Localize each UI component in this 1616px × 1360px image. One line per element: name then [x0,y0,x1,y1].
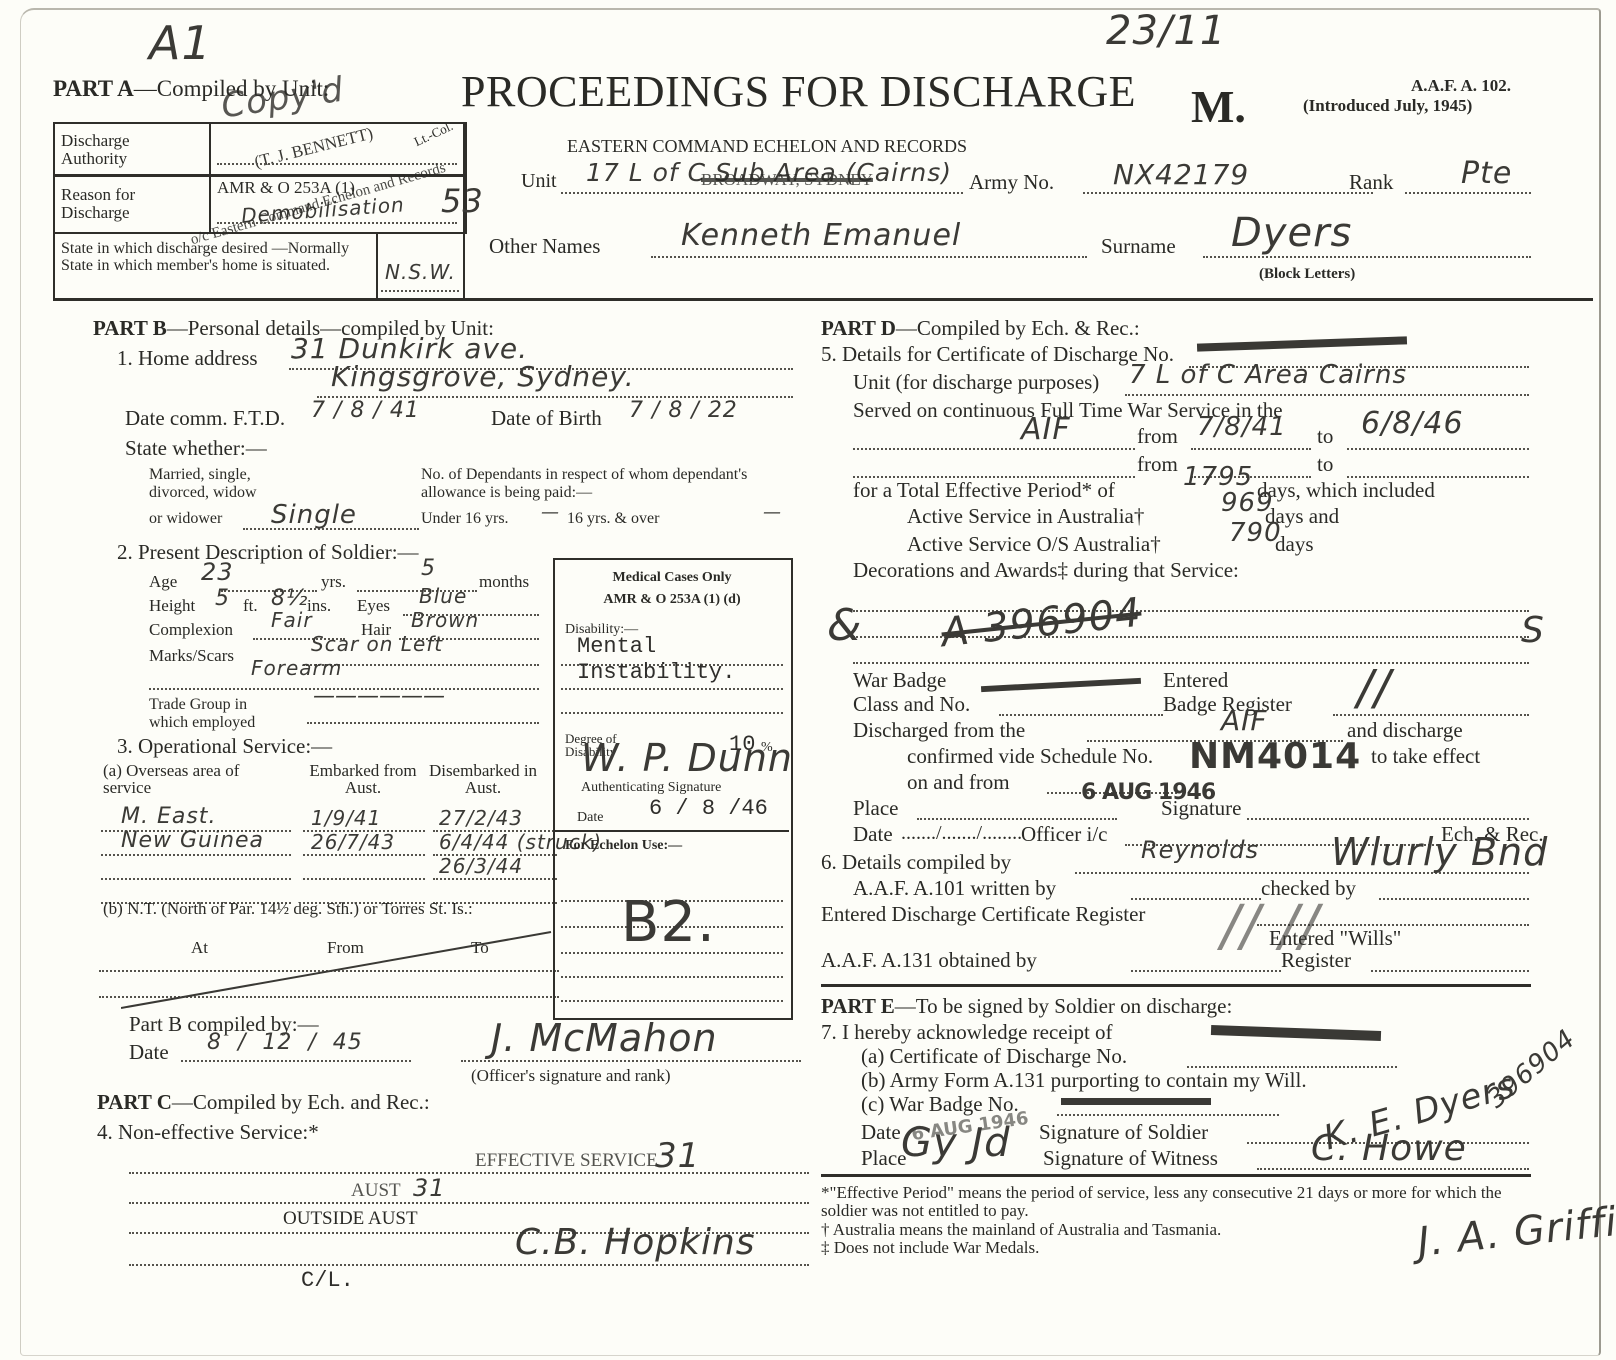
entered-ticks: // // [1221,894,1319,959]
form-title-suffix: M. [1191,80,1246,133]
divider [209,122,211,234]
dob-day: 7 [629,398,644,423]
rank-value: Pte [1461,156,1512,191]
trade-label-1: Trade Group in [149,696,247,713]
overseas-area: New Guinea [121,828,264,853]
rank-line [1405,192,1531,194]
dob-value: 7 / 8 / 22 [629,398,738,423]
embarked-line [303,878,425,880]
disembarked-date: 26/3/44 [439,854,523,878]
os-days: 790 [1229,518,1282,548]
d-date-value: ......./......./........ [901,822,1022,845]
compiled-month: 12 [262,1030,292,1055]
under16-label: Under 16 yrs. [421,510,509,528]
medical-date: 6 / 8 /46 [649,796,768,821]
surname-line [1203,256,1531,258]
compiled-date-label: Date [129,1040,169,1065]
service-to-label-2: to [1317,452,1333,477]
echelon-value: B2. [621,890,716,955]
war-badge-line [999,714,1163,716]
complexion-value: Fair [271,608,313,632]
dob-label: Date of Birth [491,406,602,431]
marks-value-2: Forearm [251,656,342,680]
overseas-header: (a) Overseas area of service [103,762,283,796]
authority-line [217,163,457,165]
reason-number: 53 [441,182,484,220]
compiled-date-line [181,1060,411,1062]
part-e-heading: PART E—To be signed by Soldier on discha… [821,994,1232,1019]
discharged-label: Discharged from the [853,718,1025,743]
form-page: A1 Copy'd 23/11 PART A—Compiled by Unit:… [20,8,1601,1356]
nt-label-text: (b) N.T. (North of Par. 14½ deg. Sth.) o… [103,899,473,918]
decorations-label: Decorations and Awards‡ during that Serv… [853,558,1239,583]
e-place-label: Place [861,1146,906,1171]
schedule-no: NM4014 [1189,736,1361,777]
compiled-date: 8 / 12 / 45 [207,1030,363,1055]
part-b-label: PART B [93,316,167,340]
part-e-bottom-rule [821,1174,1531,1177]
dob-year: 22 [708,398,738,423]
form-code: A.A.F. A. 102. [1371,76,1551,96]
compiled-year: 45 [333,1030,363,1055]
marks-label: Marks/Scars [149,646,234,666]
disability-value-2: Instability. [577,660,735,685]
footnote-medals: ‡ Does not include War Medals. [821,1238,1039,1258]
service-from-label-2: from [1137,452,1178,477]
discharged-value: AIF [1221,704,1268,737]
divider [53,232,55,300]
on-and-from-label: on and from [907,770,1010,795]
footnote-effective: *"Effective Period" means the period of … [821,1184,1531,1220]
divider [53,232,465,234]
age-months: 5 [421,556,436,581]
entered-cert-label: Entered Discharge Certificate Register [821,902,1145,927]
date-comm-label: Date comm. F.T.D. [125,406,285,431]
non-effective-line-1 [129,1172,809,1174]
disability-line-2 [561,688,783,690]
reason-line [217,222,457,224]
disembarked-line [433,878,557,880]
date-comm-day: 7 [311,398,326,423]
embarked-line [303,854,425,856]
area-line [101,878,291,880]
compiled-day: 8 [207,1030,222,1055]
trade-label: Trade Group inwhich employed [149,696,255,732]
footnote-australia: † Australia means the mainland of Austra… [821,1220,1221,1240]
checked-line [1379,898,1529,900]
address-value-2: Kingsgrove, Sydney. [331,360,635,393]
unit-stamp-struck: BROADWAY, SYDNEY [701,170,873,190]
stamp-effective: EFFECTIVE SERVICE [475,1150,658,1172]
state-value: N.S.W. [385,260,456,284]
surname-value: Dyers [1231,210,1352,256]
aus-label: Active Service in Australia† [907,504,1144,529]
decorations-line-3 [853,662,1529,664]
part-c-heading: PART C—Compiled by Ech. and Rec.: [97,1090,430,1115]
medical-reference: AMR & O 253A (1) (d) [553,592,791,608]
aaf131-line [1131,970,1281,972]
disembarked-date: 27/2/43 [439,806,523,830]
part-c-signature: C.B. Hopkins [515,1222,756,1263]
part-c-subtitle: —Compiled by Ech. and Rec.: [172,1090,430,1114]
unit-discharge-label: Unit (for discharge purposes) [853,370,1099,395]
item-c-line [1057,1114,1279,1116]
medical-month: 8 [702,796,715,821]
embarked-date: 1/9/41 [311,806,381,830]
form-title: PROCEEDINGS FOR DISCHARGE [461,66,1136,117]
command-stamp: EASTERN COMMAND ECHELON AND RECORDS [567,136,967,157]
part-a-bottom-rule [53,298,1593,301]
witness-signature: C. Howe [1311,1128,1467,1169]
echelon-line [561,976,783,978]
item-c-struck [1061,1098,1211,1105]
nt-strikethrough [121,930,561,1010]
other-names-value: Kenneth Emanuel [681,218,961,253]
reason-label: Reason forDischarge [61,186,135,222]
complexion-label: Complexion [149,620,233,640]
army-no-label: Army No. [969,170,1054,195]
form-introduced: (Introduced July, 1945) [1303,96,1472,116]
war-badge-struck [981,678,1141,692]
army-no-line [1083,192,1373,194]
item-a-label: (a) Certificate of Discharge No. [861,1044,1127,1069]
embarked-date: 26/7/43 [311,830,395,854]
e-place-value: Gy Jd [901,1120,1011,1166]
stamp-outside-aust: OUTSIDE AUST [283,1208,418,1230]
unit-discharge-value: 7 L of C Area Cairns [1129,360,1407,390]
date-comm-value: 7 / 8 / 41 [311,398,420,423]
dob-month: 8 [668,398,683,423]
d-date-label: Date [853,822,893,847]
disembarked-header: Disembarked in Aust. [423,762,543,796]
total-label-pre: for a Total Effective Period* of [853,478,1115,503]
unit-line [561,192,963,194]
service-from-line [1191,448,1311,450]
months-label: months [479,572,529,592]
marital-label: Married, single,divorced, widow [149,466,349,502]
home-address-label: 1. Home address [117,346,258,371]
entered-label-1: Entered [1163,668,1228,693]
other-names-line [651,256,1087,258]
part-a-label: PART A [53,76,134,101]
service-to: 6/8/46 [1361,406,1464,441]
rank-label: Rank [1349,170,1393,195]
stamp-aust-value: 31 [413,1174,446,1202]
os-post: days [1275,532,1314,557]
handwritten-a1: A1 [149,16,212,70]
discharge-authority-label: DischargeAuthority [61,132,130,168]
state-line [381,290,459,292]
margin-mark: S [1521,610,1545,651]
part-d-label: PART D [821,316,896,340]
item-b-label: (b) Army Form A.131 purporting to contai… [861,1068,1307,1093]
part-c-initials: C/L. [301,1268,354,1293]
disability-value-1: Mental [577,634,656,659]
non-effective-line-2 [129,1202,809,1204]
stamp-aust: AUST [351,1180,401,1202]
confirmed-label: confirmed vide Schedule No. [907,744,1153,769]
medical-day: 6 [649,796,662,821]
service-force: AIF [1021,412,1071,447]
service-force-line [853,448,1135,450]
dependants-label: No. of Dependants in respect of whom dep… [421,466,801,502]
age-label: Age [149,572,177,592]
officer-ic-label: Officer i/c [1021,822,1107,847]
ech-rec-signature: Wlurly Bnd [1331,830,1548,874]
entered-tick: // [1357,660,1391,716]
operational-label: 3. Operational Service:— [117,734,332,759]
os-label: Active Service O/S Australia† [907,532,1161,557]
details-compiled-label: 6. Details compiled by [821,850,1011,875]
non-effective-line-4 [129,1264,809,1266]
signature-label: Signature [1161,796,1241,821]
date-comm-year: 41 [390,398,420,423]
handwritten-ref: 23/11 [1106,8,1226,54]
officer-sig-label: (Officer's signature and rank) [471,1066,671,1086]
height-ft: 5 [215,586,230,611]
nt-label: (b) N.T. (North of Par. 14½ deg. Sth.) o… [103,900,473,917]
witness-sig-label: Signature of Witness [1043,1146,1218,1171]
officer-signature: J. McMahon [491,1016,718,1060]
non-effective-label: 4. Non-effective Service:* [97,1120,319,1145]
aaf101-label: A.A.F. A.101 written by [853,876,1056,901]
age-years: 23 [201,558,234,586]
soldier-sig-label: Signature of Soldier [1039,1120,1208,1145]
marital-value: Single [271,500,357,530]
aaf131-label: A.A.F. A.131 obtained by [821,948,1037,973]
service-to-line [1347,448,1529,450]
place-line [917,818,1117,820]
eyes-label: Eyes [357,596,390,616]
signature-line [1247,818,1529,820]
service-from-label: from [1137,424,1178,449]
and-discharge-label: and discharge [1347,718,1463,743]
under16-value: — [541,502,560,523]
part-d-heading: PART D—Compiled by Ech. & Rec.: [821,316,1140,341]
ack-struck [1211,1025,1381,1041]
service-to-label: to [1317,424,1333,449]
trade-line [307,722,539,724]
cert-label: 5. Details for Certificate of Discharge … [821,342,1174,367]
embarked-header: Embarked from Aust. [303,762,423,796]
over16-value: — [763,502,782,523]
part-d-bottom-rule [821,984,1531,987]
height-label: Height [149,596,195,616]
decoration-mark: & [827,600,862,651]
state-whether-label: State whether:— [125,436,267,461]
part-a-heading: PART A—Compiled by Unit: [53,76,329,102]
overseas-area: M. East. [121,804,216,829]
entered-wills-line [1371,970,1529,972]
hair-value: Brown [411,608,479,632]
war-badge-label-1: War Badge [853,668,946,693]
part-e-subtitle: —To be signed by Soldier on discharge: [895,994,1233,1018]
part-c-label: PART C [97,1090,172,1114]
medical-title: Medical Cases Only [553,570,791,586]
medical-year: 46 [741,796,767,821]
echelon-label: For Echelon Use:— [565,838,682,854]
block-letters-note: (Block Letters) [1259,266,1355,283]
auth-sig-label: Authenticating Signature [581,780,721,796]
take-effect-label: to take effect [1371,744,1480,769]
ft-label: ft. [243,596,258,616]
decoration-handwritten: A 396904 [939,590,1143,657]
date-comm-month: 8 [350,398,365,423]
authenticating-signature: W. P. Dunn [581,736,793,780]
surname-label: Surname [1101,234,1176,259]
state-label: State in which discharge desired —Normal… [61,240,371,274]
ack-label: 7. I hereby acknowledge receipt of [821,1020,1113,1045]
other-names-label: Other Names [489,234,600,259]
service-from: 7/8/41 [1197,412,1287,442]
disability-line-3 [561,712,783,714]
unit-label: Unit [521,170,557,193]
divider [376,234,378,300]
medical-date-label: Date [577,810,603,826]
part-a-subtitle: —Compiled by Unit: [134,76,330,101]
stamp-effective-value: 31 [655,1136,700,1176]
officer-signature-d: Reynolds [1141,836,1259,864]
total-label-post: days, which included [1257,478,1435,503]
place-label: Place [853,796,898,821]
marks-value-1: Scar on Left [311,632,443,656]
war-badge-label-2: Class and No. [853,692,970,717]
army-no-value: NX42179 [1113,158,1249,191]
cert-value-struck [1197,336,1407,351]
trade-label-2: which employed [149,714,255,731]
part-e-label: PART E [821,994,895,1018]
e-date-label: Date [861,1120,901,1145]
yrs-label: yrs. [321,572,346,592]
trade-value: —————— [313,684,445,709]
officer-sig-line [461,1060,801,1062]
part-d-subtitle: —Compiled by Ech. & Rec.: [896,316,1140,340]
eyes-value: Blue [419,584,467,608]
over16-label: 16 yrs. & over [567,510,659,528]
area-line [101,854,291,856]
divider [555,830,789,832]
echelon-line [561,1000,783,1002]
marital-label-widower: or widower [149,510,222,528]
description-label: 2. Present Description of Soldier:— [117,540,419,565]
unit-discharge-line [1125,394,1529,396]
